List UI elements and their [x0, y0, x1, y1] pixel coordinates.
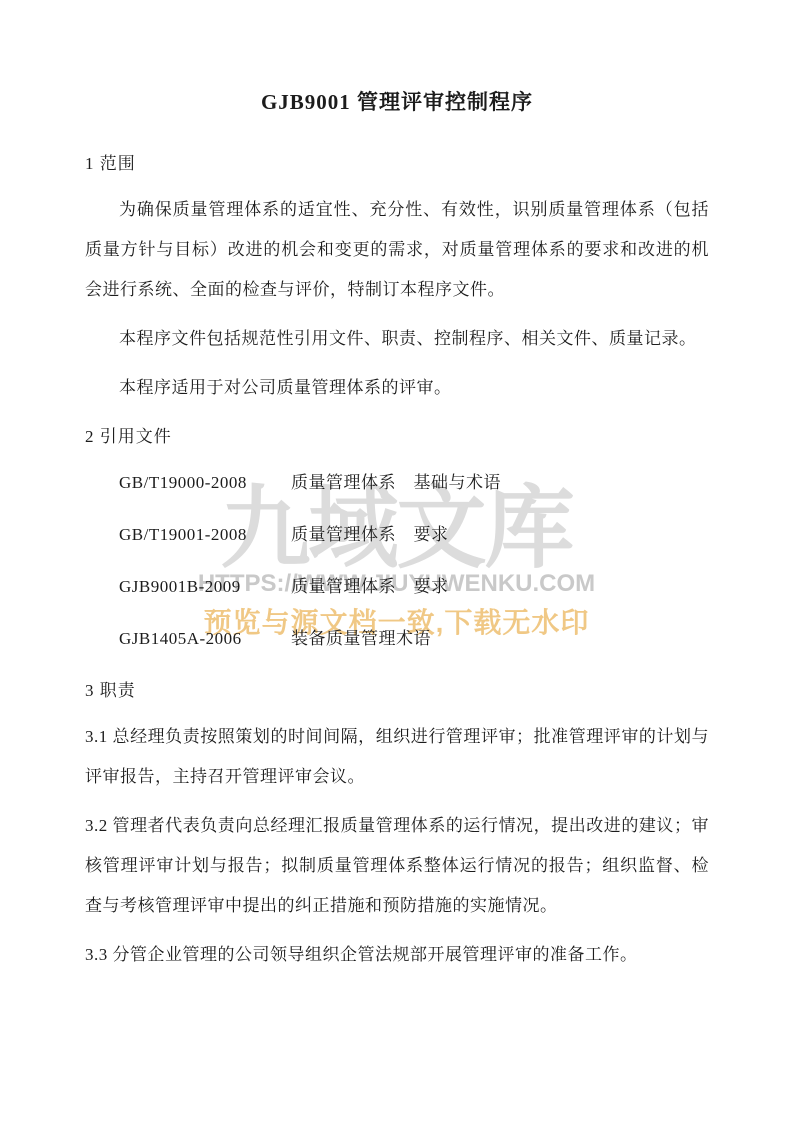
reference-title: 质量管理体系 要求: [291, 515, 709, 555]
reference-row: GB/T19000-2008 质量管理体系 基础与术语: [85, 463, 709, 503]
section-3-paragraph-3: 3.3 分管企业管理的公司领导组织企管法规部开展管理评审的准备工作。: [85, 935, 709, 975]
reference-row: GJB9001B-2009 质量管理体系 要求: [85, 567, 709, 607]
section-1-paragraph-1: 为确保质量管理体系的适宜性、充分性、有效性，识别质量管理体系（包括质量方针与目标…: [85, 190, 709, 310]
reference-title: 质量管理体系 要求: [291, 567, 709, 607]
document-content: GJB9001 管理评审控制程序 1 范围 为确保质量管理体系的适宜性、充分性、…: [0, 0, 793, 975]
section-3-paragraph-2: 3.2 管理者代表负责向总经理汇报质量管理体系的运行情况，提出改进的建议；审核管…: [85, 806, 709, 926]
section-1-paragraph-3: 本程序适用于对公司质量管理体系的评审。: [85, 368, 709, 408]
reference-code: GJB1405A-2006: [119, 619, 291, 659]
reference-title: 装备质量管理术语: [291, 619, 709, 659]
reference-code: GJB9001B-2009: [119, 567, 291, 607]
section-3-heading: 3 职责: [85, 671, 709, 711]
section-3-paragraph-1: 3.1 总经理负责按照策划的时间间隔，组织进行管理评审；批准管理评审的计划与评审…: [85, 717, 709, 797]
reference-code: GB/T19001-2008: [119, 515, 291, 555]
reference-code: GB/T19000-2008: [119, 463, 291, 503]
reference-row: GJB1405A-2006 装备质量管理术语: [85, 619, 709, 659]
section-1-paragraph-2: 本程序文件包括规范性引用文件、职责、控制程序、相关文件、质量记录。: [85, 319, 709, 359]
section-2-heading: 2 引用文件: [85, 417, 709, 457]
document-page: 九域文库 HTTPS://WWW.JIUYUWENKU.COM 预览与源文档一致…: [0, 0, 793, 1122]
reference-title: 质量管理体系 基础与术语: [291, 463, 709, 503]
document-title: GJB9001 管理评审控制程序: [85, 86, 709, 118]
section-1-heading: 1 范围: [85, 144, 709, 184]
reference-row: GB/T19001-2008 质量管理体系 要求: [85, 515, 709, 555]
